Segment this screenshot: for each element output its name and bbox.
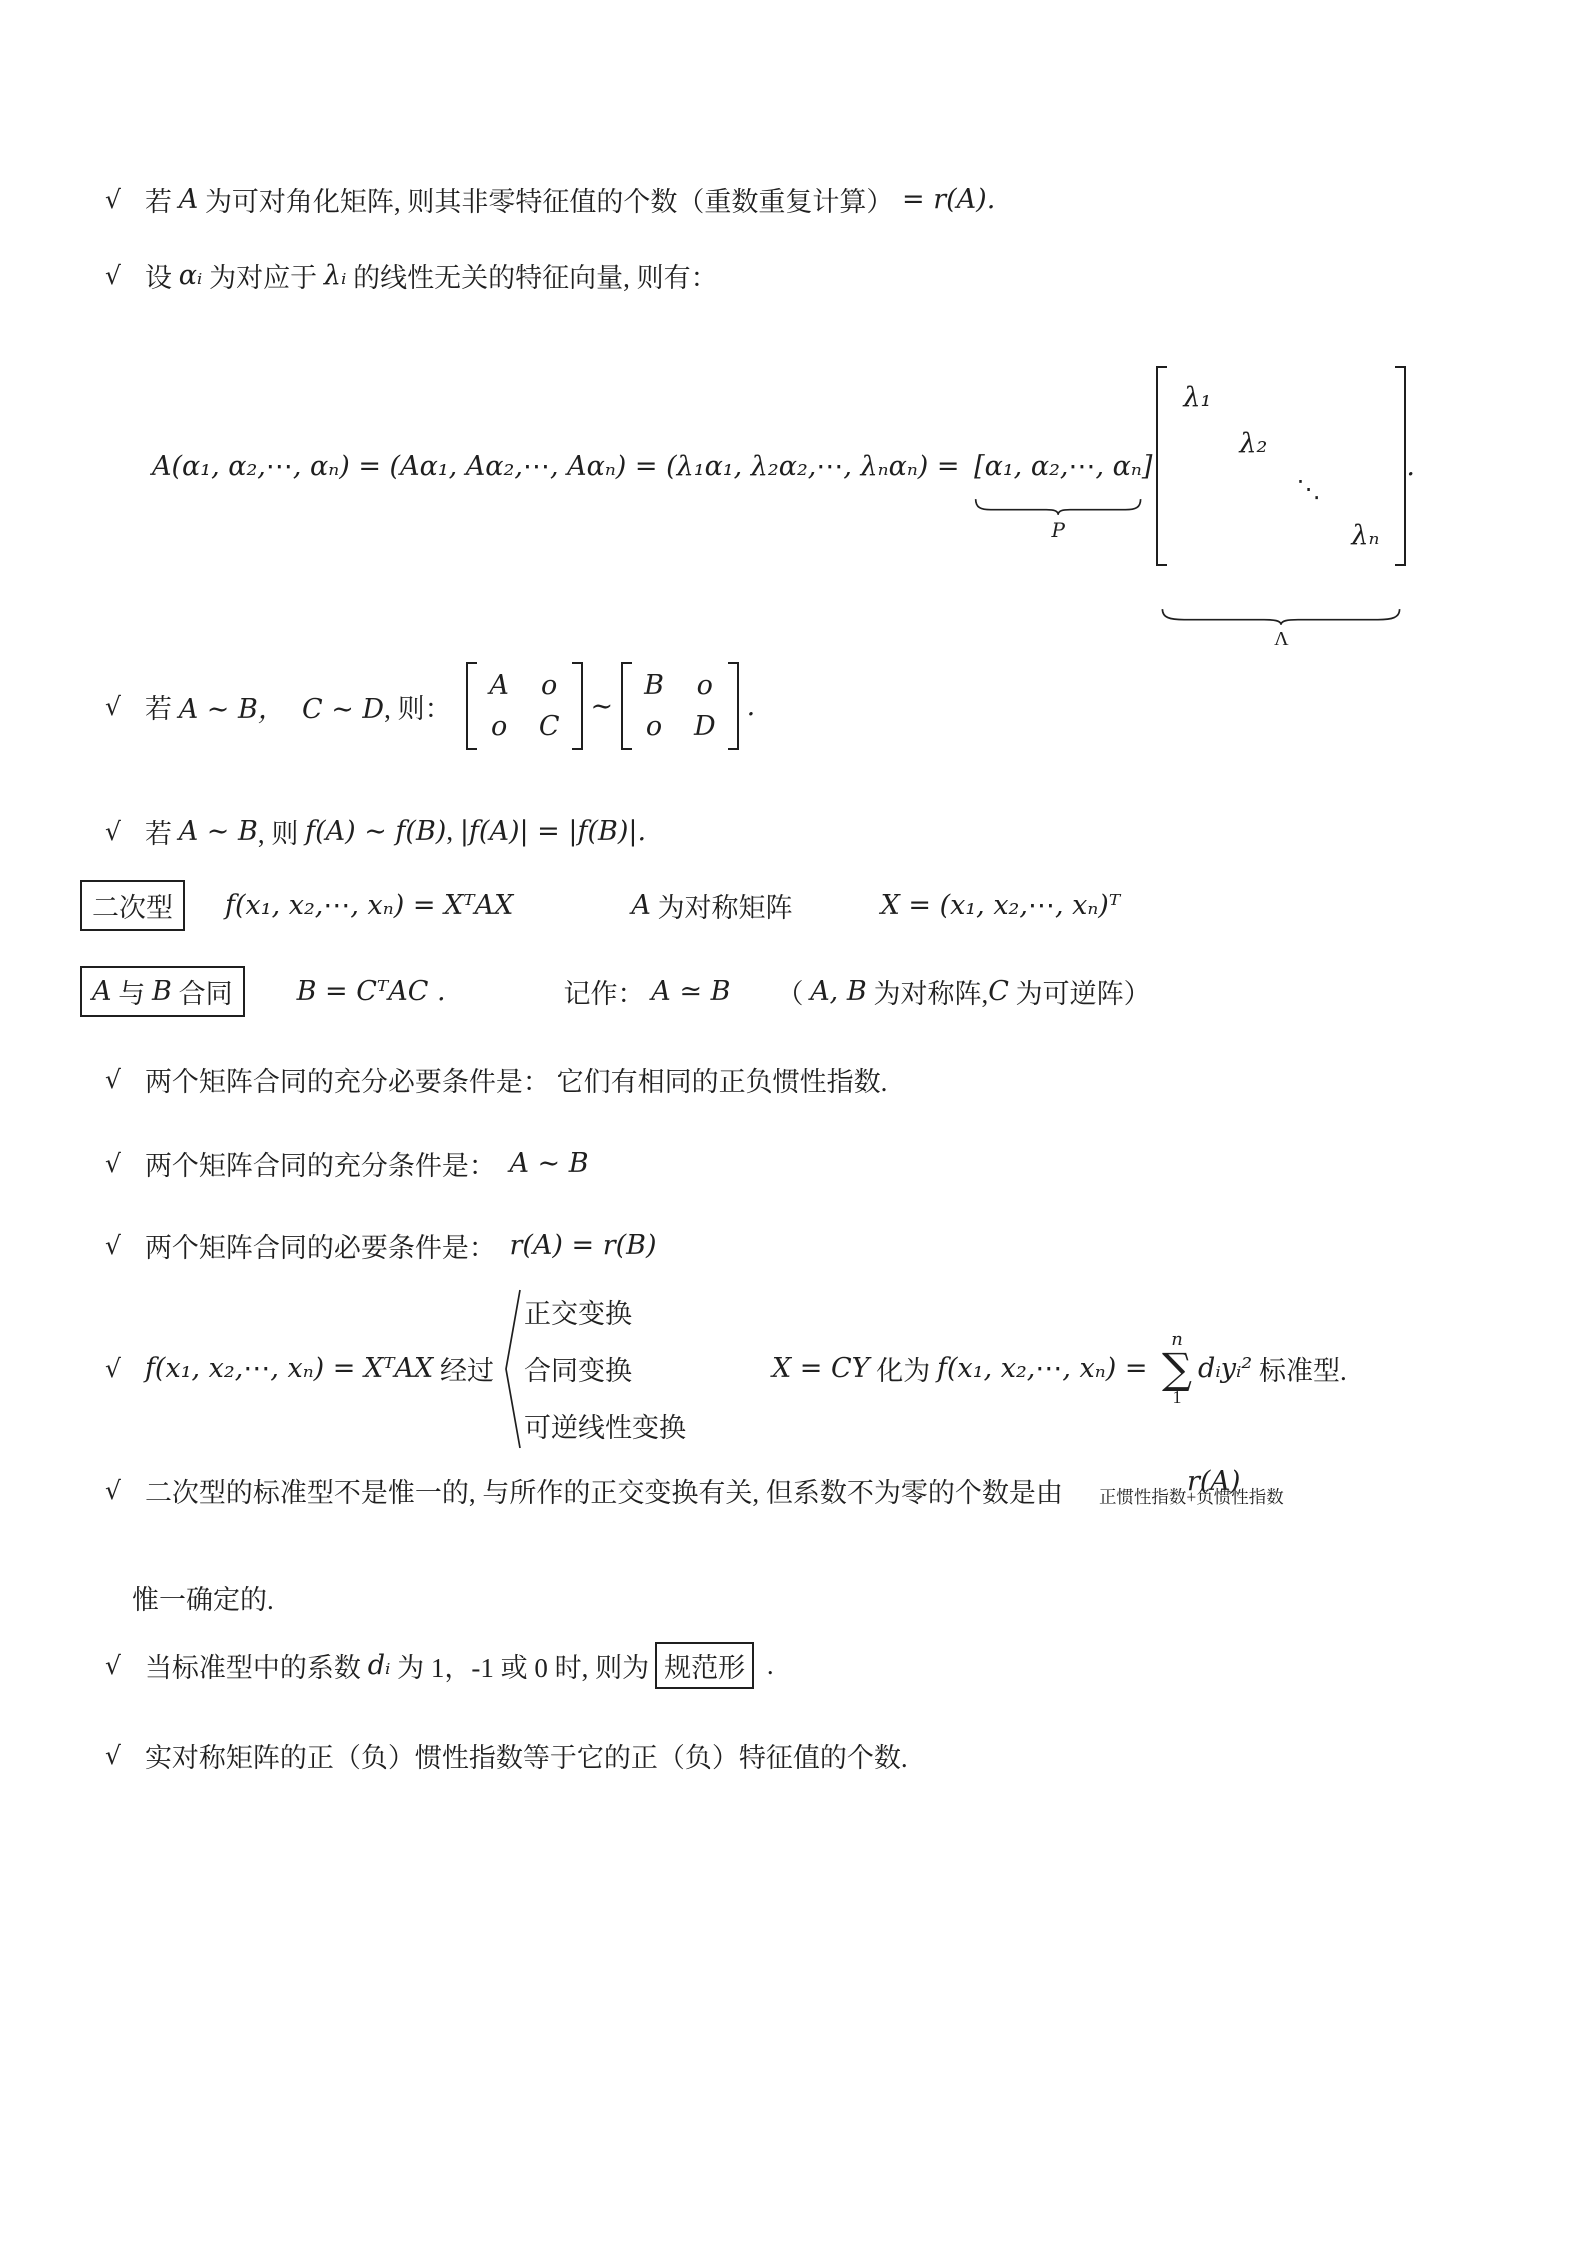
statement-text: 惟一确定的. [132, 1578, 274, 1617]
statement-text: 设 [145, 256, 179, 295]
statement-text: 的线性无关的特征向量, 则有： [346, 256, 717, 295]
check-mark: √ [105, 185, 121, 214]
math-expression: r(A) = r(B) [509, 1230, 656, 1261]
math-var: dᵢ [368, 1650, 391, 1681]
matrix-cell: λ₁ [1183, 382, 1211, 413]
statement-text: （ [776, 972, 810, 1011]
statement-similar-block-matrices: √ 若 A ∼ B， C ∼ D , 则： A o o C ∼ B o o D … [105, 662, 755, 750]
brace-label-lambda: Λ [1274, 628, 1289, 651]
math-expression: f(A) ∼ f(B) [305, 816, 446, 847]
statement-text: 化为 [870, 1349, 938, 1388]
math-expression: |f(A)| = |f(B)| [460, 816, 638, 847]
statement-text: 若 [145, 812, 179, 851]
matrix-cell: A [489, 670, 509, 701]
definition-congruence: A 与 B 合同 B = CᵀAC . 记作： A ≃ B （ A, B 为对称… [80, 966, 1151, 1017]
statement-text: 若 [145, 687, 179, 726]
math-var: A [92, 976, 112, 1007]
math-expression: A ∼ B， C ∼ D [179, 687, 384, 726]
math-expression: X = (x₁, x₂,⋯, xₙ)ᵀ [881, 890, 1121, 921]
matrix-cell: o [541, 670, 557, 701]
statement-similar-functions: √ 若 A ∼ B , 则 f(A) ∼ f(B) , |f(A)| = |f(… [105, 812, 646, 851]
statement-text: 为对称矩阵 [651, 886, 793, 925]
statement-text: , 则 [258, 812, 305, 851]
math-vector-row: [α₁, α₂,⋯, αₙ] [974, 451, 1152, 482]
summation-symbol: n ∑ 1 [1162, 1331, 1192, 1407]
math-expression: f(x₁, x₂,⋯, xₙ) = XᵀAX [145, 1353, 433, 1384]
period: . [760, 1650, 774, 1681]
check-mark: √ [105, 1231, 121, 1260]
statement-congruence-necessary: √ 两个矩阵合同的必要条件是： r(A) = r(B) [105, 1226, 657, 1265]
statement-text: 两个矩阵合同的充分必要条件是： 它们有相同的正负惯性指数. [145, 1060, 888, 1099]
statement-canonical-form: √ 当标准型中的系数 dᵢ 为 1，-1 或 0 时, 则为 规范形 . [105, 1642, 774, 1689]
underbrace-icon [1160, 608, 1402, 625]
math-expression: f(x₁, x₂,⋯, xₙ) = [937, 1353, 1156, 1384]
statement-congruence-iff: √ 两个矩阵合同的充分必要条件是： 它们有相同的正负惯性指数. [105, 1060, 887, 1099]
check-mark: √ [105, 817, 121, 846]
check-mark: √ [105, 1354, 121, 1383]
statement-text: 两个矩阵合同的充分条件是： [145, 1144, 510, 1183]
math-expression: X = CY [772, 1353, 870, 1384]
check-mark: √ [105, 261, 121, 290]
underbrace-p: P [974, 498, 1142, 542]
brace-label-p: P [1052, 518, 1065, 542]
statement-standard-form-transformations: √ f(x₁, x₂,⋯, xₙ) = XᵀAX 经过 正交变换 合同变换 可逆… [105, 1283, 1347, 1454]
right-bracket-icon [728, 662, 739, 750]
check-mark: √ [105, 1476, 121, 1505]
matrix-cell: λ₂ [1239, 428, 1267, 459]
statement-text: 为可逆阵） [1009, 972, 1151, 1011]
matrix-cell: o [491, 711, 507, 742]
matrix-entries: λ₁ λ₂ ⋱ λₙ [1167, 366, 1395, 566]
statement-text: 标准型. [1252, 1349, 1347, 1388]
inertia-index-note: 正惯性指数+负惯性指数 [1099, 1484, 1284, 1509]
statement-real-symmetric-inertia: √ 实对称矩阵的正（负）惯性指数等于它的正（负）特征值的个数. [105, 1736, 908, 1775]
term-box-canonical-form: 规范形 [655, 1642, 754, 1689]
math-expression: A ≃ B [651, 976, 730, 1007]
math-expression: = r(A). [893, 184, 995, 215]
statement-text: 为对应于 [202, 256, 324, 295]
statement-standard-form-not-unique: √ 二次型的标准型不是惟一的, 与所作的正交变换有关, 但系数不为零的个数是由 … [105, 1448, 1240, 1533]
math-var: A, B [810, 976, 867, 1007]
check-mark: √ [105, 1065, 121, 1094]
matrix-cell: o [646, 711, 662, 742]
matrix-cell: B [644, 670, 664, 701]
math-expression: A ∼ B [509, 1148, 588, 1179]
term-box-quadratic-form: 二次型 [80, 880, 185, 931]
matrix-cell: C [539, 711, 560, 742]
block-matrix-bd: B o o D [621, 662, 739, 750]
rank-with-note: r(A) 正惯性指数+负惯性指数 [1171, 1448, 1240, 1533]
tilde-operator: ∼ [591, 691, 614, 722]
left-bracket-icon [1156, 366, 1167, 566]
term-box-congruent: A 与 B 合同 [80, 966, 245, 1017]
check-mark: √ [105, 692, 121, 721]
diagonal-dots-icon: ⋱ [1296, 475, 1322, 503]
math-var: C [988, 976, 1009, 1007]
statement-eigenvectors-setup: √ 设 αᵢ 为对应于 λᵢ 的线性无关的特征向量, 则有： [105, 256, 718, 295]
statement-text: 二次型的标准型不是惟一的, 与所作的正交变换有关, 但系数不为零的个数是由 [145, 1471, 1063, 1510]
math-expression: B = CᵀAC . [297, 976, 446, 1007]
block-matrix-ac: A o o C [466, 662, 582, 750]
option-orthogonal: 正交变换 [524, 1283, 686, 1340]
statement-text: , 则： [384, 687, 458, 726]
statement-text: 为 1，-1 或 0 时, 则为 [390, 1646, 649, 1685]
statement-text: 当标准型中的系数 [145, 1646, 368, 1685]
statement-text: 合同 [172, 972, 233, 1011]
math-expression: dᵢyᵢ² [1198, 1353, 1252, 1384]
left-bracket-icon [621, 662, 632, 750]
statement-text: 与 [112, 972, 153, 1011]
period: . [1406, 451, 1415, 482]
math-var: B [152, 976, 172, 1007]
math-expression: A ∼ B [179, 816, 258, 847]
period: . [747, 691, 756, 722]
eigenvector-matrix-p: [α₁, α₂,⋯, αₙ] P [974, 451, 1152, 482]
statement-text: 实对称矩阵的正（负）惯性指数等于它的正（负）特征值的个数. [145, 1736, 908, 1775]
math-equality-chain: A(α₁, α₂,⋯, αₙ) = (Aα₁, Aα₂,⋯, Aαₙ) = (λ… [152, 451, 968, 482]
statement-uniquely-determined: 惟一确定的. [132, 1578, 274, 1617]
statement-congruence-sufficient: √ 两个矩阵合同的充分条件是： A ∼ B [105, 1144, 589, 1183]
underbrace-lambda: Λ [1160, 608, 1402, 651]
definition-quadratic-form: 二次型 f(x₁, x₂,⋯, xₙ) = XᵀAX A 为对称矩阵 X = (… [80, 880, 1120, 931]
period: . [637, 816, 646, 847]
big-angle-brace-icon [504, 1288, 522, 1450]
statement-text: 若 [145, 180, 179, 219]
check-mark: √ [105, 1149, 121, 1178]
check-mark: √ [105, 1651, 121, 1680]
option-congruent: 合同变换 [524, 1340, 686, 1397]
math-var: A [631, 890, 651, 921]
diagonal-matrix-lambda: λ₁ λ₂ ⋱ λₙ Λ [1156, 366, 1406, 566]
sigma-icon: ∑ [1162, 1349, 1192, 1389]
matrix-cell: o [697, 670, 713, 701]
statement-diagonalizable-rank: √ 若 A 为可对角化矩阵, 则其非零特征值的个数（重数重复计算） = r(A)… [105, 180, 995, 219]
math-expression: f(x₁, x₂,⋯, xₙ) = XᵀAX [225, 890, 513, 921]
statement-text: , [446, 816, 460, 847]
transformation-options: 正交变换 合同变换 可逆线性变换 [524, 1283, 686, 1454]
diagonalization-equation: A(α₁, α₂,⋯, αₙ) = (Aα₁, Aα₂,⋯, Aαₙ) = (λ… [152, 366, 1415, 566]
underbrace-icon [974, 498, 1142, 515]
page: { "check": "√", "l1": { "p0": "若 ", "v":… [0, 0, 1587, 2245]
check-mark: √ [105, 1741, 121, 1770]
option-invertible-linear: 可逆线性变换 [524, 1397, 686, 1454]
right-bracket-icon [572, 662, 583, 750]
matrix-cell: D [694, 711, 716, 742]
statement-text: 两个矩阵合同的必要条件是： [145, 1226, 510, 1265]
math-var: αᵢ [179, 260, 203, 291]
statement-text: 为对称阵, [867, 972, 989, 1011]
math-var: A [179, 184, 199, 215]
statement-text: 经过 [433, 1349, 494, 1388]
matrix-cell: λₙ [1351, 520, 1379, 551]
left-bracket-icon [466, 662, 477, 750]
math-var: λᵢ [324, 260, 347, 291]
statement-text: 记作： [564, 972, 652, 1011]
sum-lower-limit: 1 [1173, 1388, 1182, 1406]
statement-text: 为可对角化矩阵, 则其非零特征值的个数（重数重复计算） [198, 180, 893, 219]
right-bracket-icon [1395, 366, 1406, 566]
